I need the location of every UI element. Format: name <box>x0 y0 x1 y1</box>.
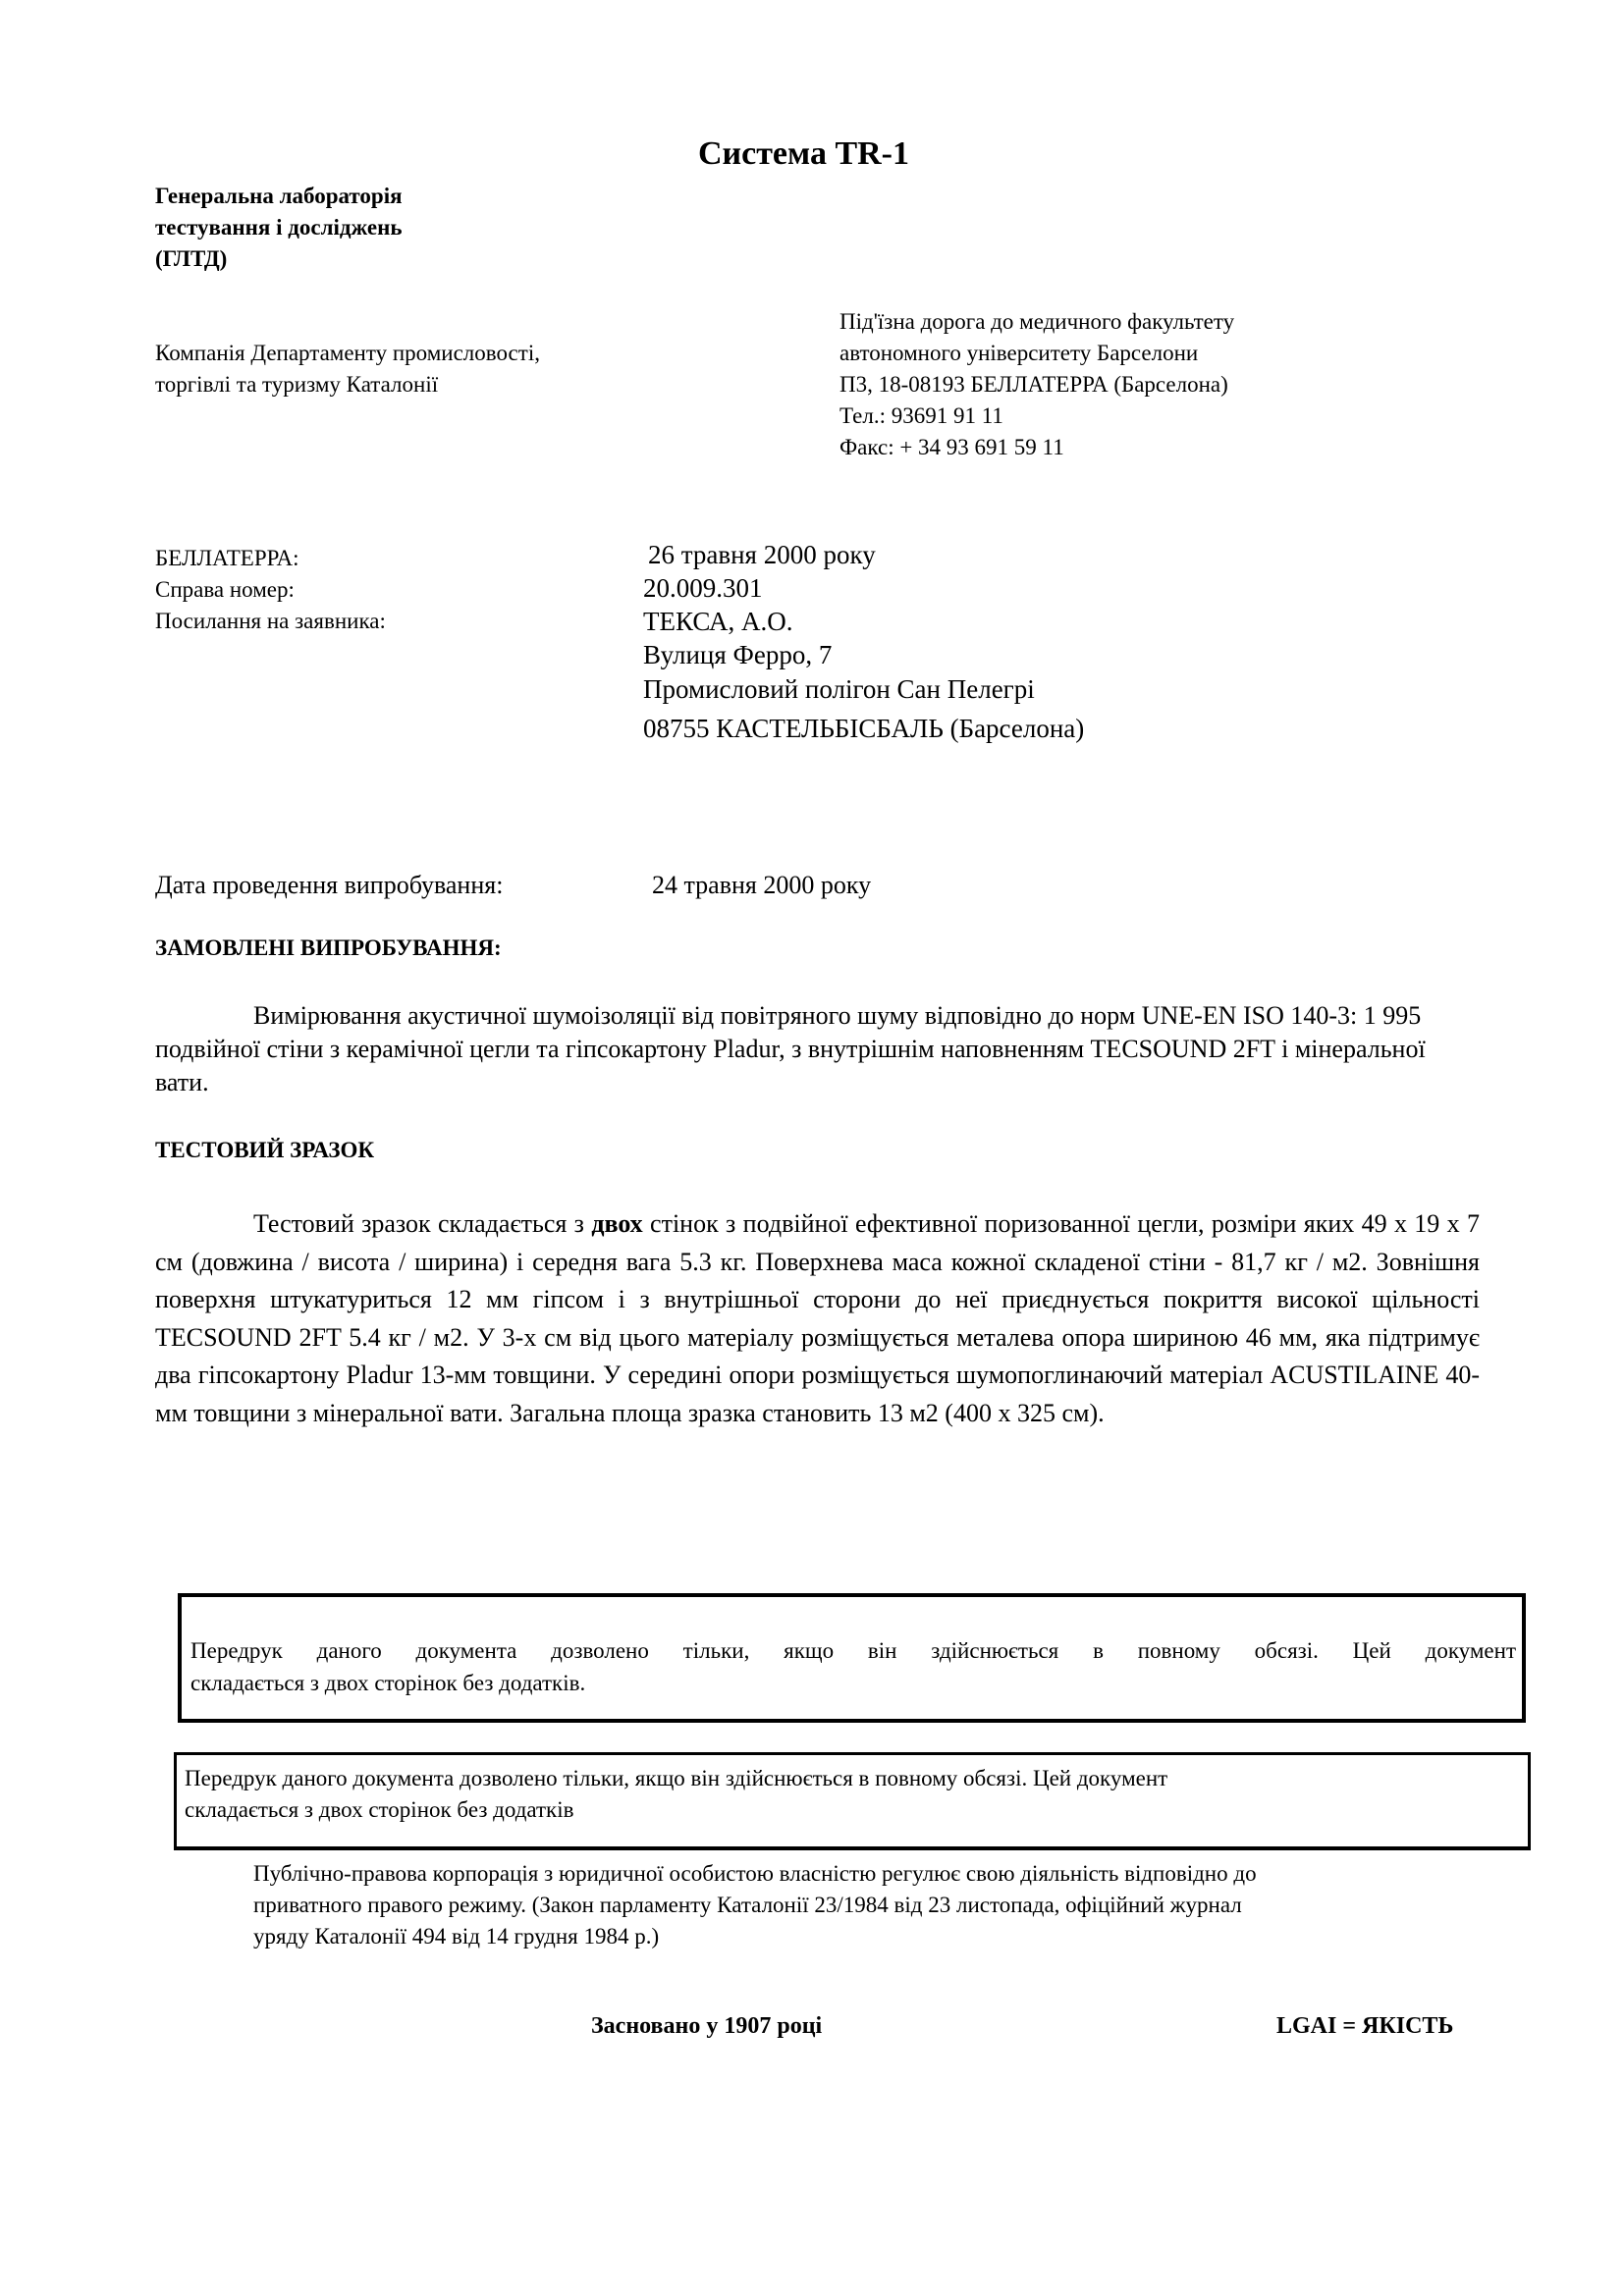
applicant-name: ТЕКСА, А.О. <box>643 607 792 637</box>
ordered-tests-heading: ЗАМОВЛЕНІ ВИПРОБУВАННЯ: <box>155 935 502 961</box>
place-date: 26 травня 2000 року <box>648 540 876 570</box>
sample-text-emphasis: двох <box>591 1209 642 1238</box>
test-date-value: 24 травня 2000 року <box>652 871 871 900</box>
reproduction-notice-box-duplicate: Передрук даного документа дозволено тіль… <box>174 1752 1531 1850</box>
reproduction-notice-box: Передрук даного документа дозволено тіль… <box>178 1593 1526 1723</box>
company-department: Компанія Департаменту промисловості, тор… <box>155 338 540 400</box>
company-line: Компанія Департаменту промисловості, <box>155 338 540 369</box>
address-line: Під'їзна дорога до медичного факультету <box>839 306 1234 338</box>
legal-line: Публічно-правова корпорація з юридичної … <box>253 1858 1257 1890</box>
applicant-city: 08755 КАСТЕЛЬБІСБАЛЬ (Барселона) <box>643 714 1084 744</box>
test-sample-paragraph: Тестовий зразок складається з двох стіно… <box>155 1205 1480 1432</box>
test-sample-heading: ТЕСТОВИЙ ЗРАЗОК <box>155 1138 374 1163</box>
document-title: Система TR-1 <box>698 135 909 173</box>
sample-text-rest: стінок з подвійної ефективної поризованн… <box>155 1209 1480 1427</box>
legal-line: уряду Каталонії 494 від 14 грудня 1984 р… <box>253 1921 1257 1952</box>
notice-line: складається з двох сторінок без додатків… <box>190 1671 585 1695</box>
notice-line: Передрук даного документа дозволено тіль… <box>185 1763 1520 1794</box>
lab-name: Генеральна лабораторія тестування і досл… <box>155 181 403 275</box>
legal-status-text: Публічно-правова корпорація з юридичної … <box>253 1858 1257 1952</box>
address-line: автономного університету Барселони <box>839 338 1234 369</box>
fax-line: Факс: + 34 93 691 59 11 <box>839 432 1234 463</box>
ordered-tests-paragraph: Вимірювання акустичної шумоізоляції від … <box>155 999 1480 1099</box>
quality-motto: LGAI = ЯКІСТЬ <box>1276 2013 1453 2040</box>
company-line: торгівлі та туризму Каталонії <box>155 369 540 400</box>
applicant-label: Посилання на заявника: <box>155 609 386 634</box>
address-line: П3, 18-08193 БЕЛЛАТЕРРА (Барселона) <box>839 369 1234 400</box>
legal-line: приватного правого режиму. (Закон парлам… <box>253 1890 1257 1921</box>
case-number: 20.009.301 <box>643 573 763 604</box>
lab-name-line: (ГЛТД) <box>155 243 403 275</box>
sample-text-start: Тестовий зразок складається з <box>253 1209 591 1238</box>
place-label: БЕЛЛАТЕРРА: <box>155 546 298 571</box>
phone-line: Тел.: 93691 91 11 <box>839 400 1234 432</box>
founded-year: Засновано у 1907 році <box>591 2013 822 2040</box>
lab-address: Під'їзна дорога до медичного факультету … <box>839 306 1234 463</box>
applicant-street: Вулиця Ферро, 7 <box>643 640 832 670</box>
notice-line: складається з двох сторінок без додатків <box>185 1794 1520 1826</box>
notice-line: Передрук даного документа дозволено тіль… <box>190 1634 1516 1667</box>
applicant-industrial-estate: Промисловий полігон Сан Пелегрі <box>643 674 1035 705</box>
lab-name-line: тестування і досліджень <box>155 212 403 243</box>
test-date-label: Дата проведення випробування: <box>155 871 503 900</box>
lab-name-line: Генеральна лабораторія <box>155 181 403 212</box>
case-label: Справа номер: <box>155 577 295 603</box>
